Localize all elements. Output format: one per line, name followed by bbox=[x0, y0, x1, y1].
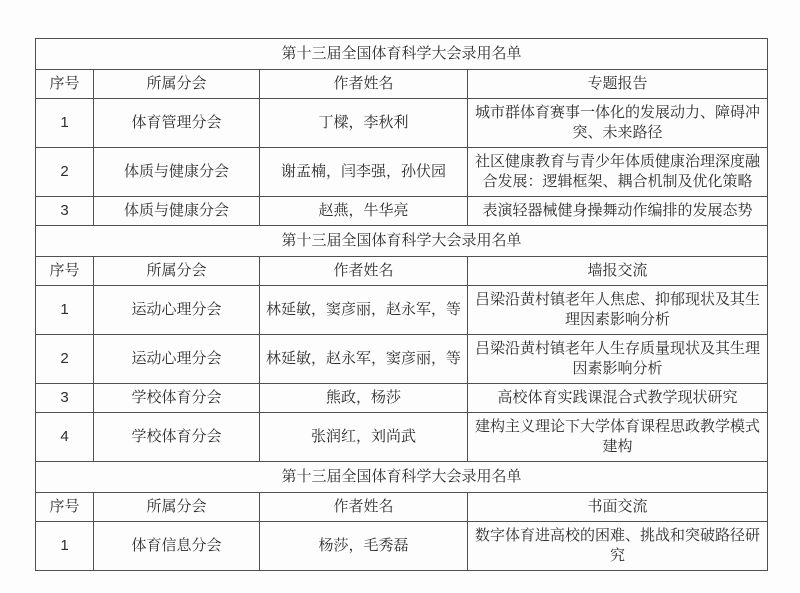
authors-cell: 谢孟楠，闫李强，孙伏园 bbox=[260, 148, 468, 197]
section-title: 第十三届全国体育科学大会录用名单 bbox=[36, 39, 768, 70]
table-row: 1运动心理分会林延敏，窦彦丽，赵永军，等吕梁沿黄村镇老年人焦虑、抑郁现状及其生理… bbox=[36, 286, 768, 335]
branch-cell: 体育信息分会 bbox=[94, 522, 260, 571]
section-title-row: 第十三届全国体育科学大会录用名单 bbox=[36, 39, 768, 70]
column-header: 作者姓名 bbox=[260, 493, 468, 522]
header-row: 序号所属分会作者姓名书面交流 bbox=[36, 493, 768, 522]
row-number-cell: 3 bbox=[36, 384, 94, 413]
admission-table: 第十三届全国体育科学大会录用名单序号所属分会作者姓名专题报告1体育管理分会丁樑，… bbox=[35, 38, 768, 571]
branch-cell: 运动心理分会 bbox=[94, 286, 260, 335]
column-header: 序号 bbox=[36, 70, 94, 99]
header-row: 序号所属分会作者姓名专题报告 bbox=[36, 70, 768, 99]
section-title: 第十三届全国体育科学大会录用名单 bbox=[36, 226, 768, 257]
paper-title-cell: 表演轻器械健身操舞动作编排的发展态势 bbox=[468, 197, 768, 226]
table-row: 4学校体育分会张润红，刘尚武建构主义理论下大学体育课程思政教学模式建构 bbox=[36, 413, 768, 462]
table-row: 3体质与健康分会赵燕，牛华亮表演轻器械健身操舞动作编排的发展态势 bbox=[36, 197, 768, 226]
admission-table-body: 第十三届全国体育科学大会录用名单序号所属分会作者姓名专题报告1体育管理分会丁樑，… bbox=[36, 39, 768, 571]
column-header: 墙报交流 bbox=[468, 257, 768, 286]
row-number-cell: 2 bbox=[36, 148, 94, 197]
paper-title-cell: 高校体育实践课混合式教学现状研究 bbox=[468, 384, 768, 413]
paper-title-cell: 社区健康教育与青少年体质健康治理深度融合发展：逻辑框架、耦合机制及优化策略 bbox=[468, 148, 768, 197]
branch-cell: 体质与健康分会 bbox=[94, 148, 260, 197]
branch-cell: 学校体育分会 bbox=[94, 413, 260, 462]
branch-cell: 体质与健康分会 bbox=[94, 197, 260, 226]
authors-cell: 丁樑，李秋利 bbox=[260, 99, 468, 148]
branch-cell: 学校体育分会 bbox=[94, 384, 260, 413]
row-number-cell: 1 bbox=[36, 99, 94, 148]
table-row: 2体质与健康分会谢孟楠，闫李强，孙伏园社区健康教育与青少年体质健康治理深度融合发… bbox=[36, 148, 768, 197]
column-header: 作者姓名 bbox=[260, 70, 468, 99]
table-row: 1体育信息分会杨莎，毛秀磊数字体育进高校的困难、挑战和突破路径研究 bbox=[36, 522, 768, 571]
table-row: 2运动心理分会林延敏，赵永军，窦彦丽，等吕梁沿黄村镇老年人生存质量现状及其生理因… bbox=[36, 335, 768, 384]
column-header: 专题报告 bbox=[468, 70, 768, 99]
section-title-row: 第十三届全国体育科学大会录用名单 bbox=[36, 462, 768, 493]
paper-title-cell: 吕梁沿黄村镇老年人焦虑、抑郁现状及其生理因素影响分析 bbox=[468, 286, 768, 335]
column-header: 序号 bbox=[36, 493, 94, 522]
row-number-cell: 3 bbox=[36, 197, 94, 226]
row-number-cell: 1 bbox=[36, 522, 94, 571]
branch-cell: 体育管理分会 bbox=[94, 99, 260, 148]
authors-cell: 熊政，杨莎 bbox=[260, 384, 468, 413]
document-page: 第十三届全国体育科学大会录用名单序号所属分会作者姓名专题报告1体育管理分会丁樑，… bbox=[0, 0, 800, 593]
authors-cell: 杨莎，毛秀磊 bbox=[260, 522, 468, 571]
row-number-cell: 4 bbox=[36, 413, 94, 462]
paper-title-cell: 城市群体育赛事一体化的发展动力、障碍冲突、未来路径 bbox=[468, 99, 768, 148]
paper-title-cell: 吕梁沿黄村镇老年人生存质量现状及其生理因素影响分析 bbox=[468, 335, 768, 384]
authors-cell: 林延敏，窦彦丽，赵永军，等 bbox=[260, 286, 468, 335]
column-header: 序号 bbox=[36, 257, 94, 286]
column-header: 所属分会 bbox=[94, 493, 260, 522]
branch-cell: 运动心理分会 bbox=[94, 335, 260, 384]
section-title-row: 第十三届全国体育科学大会录用名单 bbox=[36, 226, 768, 257]
section-title: 第十三届全国体育科学大会录用名单 bbox=[36, 462, 768, 493]
column-header: 所属分会 bbox=[94, 70, 260, 99]
paper-title-cell: 建构主义理论下大学体育课程思政教学模式建构 bbox=[468, 413, 768, 462]
authors-cell: 林延敏，赵永军，窦彦丽，等 bbox=[260, 335, 468, 384]
table-row: 1体育管理分会丁樑，李秋利城市群体育赛事一体化的发展动力、障碍冲突、未来路径 bbox=[36, 99, 768, 148]
row-number-cell: 2 bbox=[36, 335, 94, 384]
authors-cell: 赵燕，牛华亮 bbox=[260, 197, 468, 226]
authors-cell: 张润红，刘尚武 bbox=[260, 413, 468, 462]
column-header: 作者姓名 bbox=[260, 257, 468, 286]
row-number-cell: 1 bbox=[36, 286, 94, 335]
column-header: 所属分会 bbox=[94, 257, 260, 286]
header-row: 序号所属分会作者姓名墙报交流 bbox=[36, 257, 768, 286]
column-header: 书面交流 bbox=[468, 493, 768, 522]
paper-title-cell: 数字体育进高校的困难、挑战和突破路径研究 bbox=[468, 522, 768, 571]
table-row: 3学校体育分会熊政，杨莎高校体育实践课混合式教学现状研究 bbox=[36, 384, 768, 413]
